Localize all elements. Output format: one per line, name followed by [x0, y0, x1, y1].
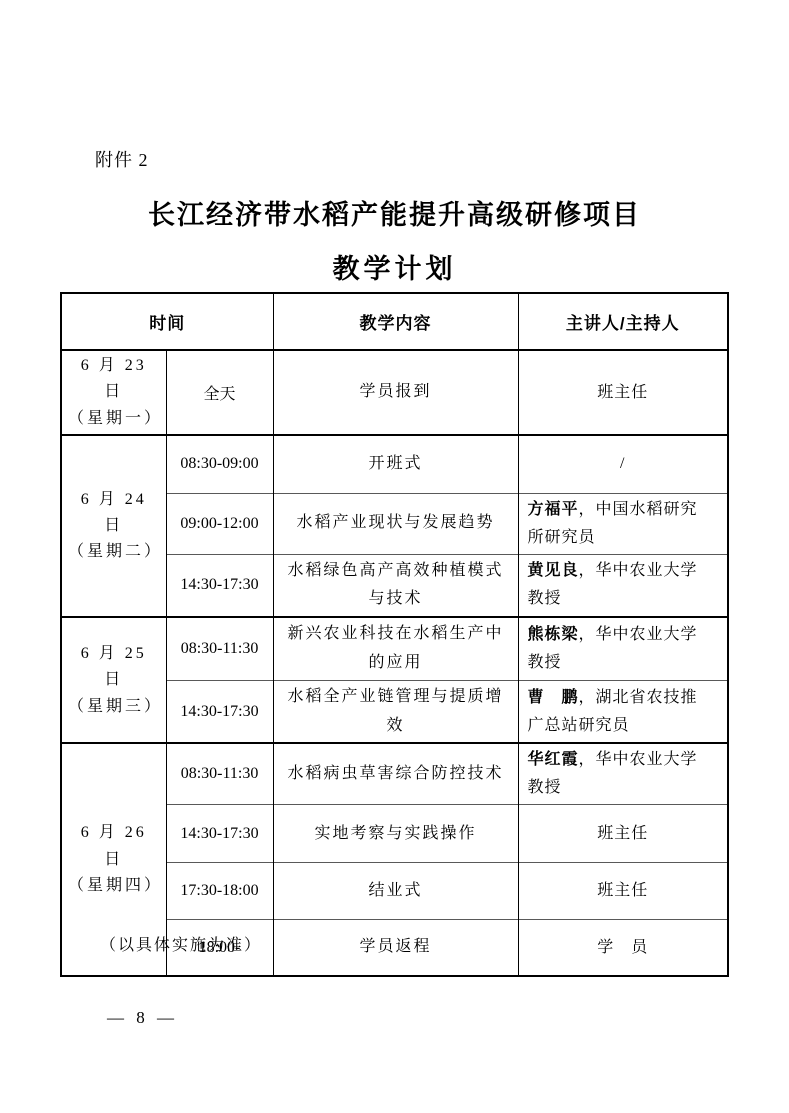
date-line2: （星期一） — [68, 406, 160, 432]
speaker-cell: 方福平，中国水稻研究 所研究员 — [518, 493, 728, 554]
content-cell: 新兴农业科技在水稻生产中 的应用 — [273, 617, 518, 680]
date-line2: （星期二） — [68, 539, 160, 565]
content-cell: 学员返程 — [273, 920, 518, 976]
content-cell: 开班式 — [273, 435, 518, 493]
time-cell: 14:30-17:30 — [166, 554, 273, 617]
time-cell: 08:30-09:00 — [166, 435, 273, 493]
time-cell: 09:00-12:00 — [166, 493, 273, 554]
speaker-cell: 熊栋梁，华中农业大学 教授 — [518, 617, 728, 680]
doc-title: 长江经济带水稻产能提升高级研修项目 — [0, 193, 789, 232]
schedule-table: 时间 教学内容 主讲人/主持人 6 月 23 日 （星期一） 全天 学员报到 班… — [60, 292, 729, 977]
speaker-name: 方福平 — [528, 501, 579, 518]
header-content: 教学内容 — [273, 293, 518, 350]
speaker-name: 曹 鹏 — [528, 689, 579, 706]
table-row: 6 月 24 日 （星期二） 08:30-09:00 开班式 / — [61, 435, 728, 493]
table-row: 6 月 26 日 （星期四） 08:30-11:30 水稻病虫草害综合防控技术 … — [61, 743, 728, 805]
time-cell: 14:30-17:30 — [166, 680, 273, 743]
speaker-name: 熊栋梁 — [528, 626, 579, 643]
date-line2: （星期三） — [68, 694, 160, 720]
content-cell: 水稻全产业链管理与提质增效 — [273, 680, 518, 743]
table-row: 6 月 23 日 （星期一） 全天 学员报到 班主任 — [61, 350, 728, 435]
content-cell: 实地考察与实践操作 — [273, 805, 518, 863]
speaker-cell: 班主任 — [518, 863, 728, 920]
speaker-cell: / — [518, 435, 728, 493]
attachment-label: 附件 2 — [95, 146, 149, 172]
date-line2: （星期四） — [68, 873, 160, 899]
time-cell: 08:30-11:30 — [166, 743, 273, 805]
speaker-cell: 班主任 — [518, 350, 728, 435]
date-line1: 6 月 24 日 — [68, 487, 160, 540]
speaker-name: 黄见良 — [528, 562, 579, 579]
speaker-cell: 黄见良，华中农业大学 教授 — [518, 554, 728, 617]
time-cell: 17:30-18:00 — [166, 863, 273, 920]
table-header-row: 时间 教学内容 主讲人/主持人 — [61, 293, 728, 350]
time-cell: 全天 — [166, 350, 273, 435]
table-row: 6 月 25 日 （星期三） 08:30-11:30 新兴农业科技在水稻生产中 … — [61, 617, 728, 680]
content-cell: 结业式 — [273, 863, 518, 920]
date-line1: 6 月 25 日 — [68, 641, 160, 694]
document-page: 附件 2 长江经济带水稻产能提升高级研修项目 教学计划 时间 教学内容 主讲人/… — [0, 0, 789, 1113]
header-time: 时间 — [61, 293, 273, 350]
content-cell: 水稻产业现状与发展趋势 — [273, 493, 518, 554]
date-cell: 6 月 23 日 （星期一） — [61, 350, 166, 435]
speaker-cell: 班主任 — [518, 805, 728, 863]
speaker-name: 华红霞 — [528, 751, 579, 768]
speaker-cell: 华红霞，华中农业大学 教授 — [518, 743, 728, 805]
date-cell: 6 月 24 日 （星期二） — [61, 435, 166, 617]
date-line1: 6 月 26 日 — [68, 820, 160, 873]
speaker-cell: 学 员 — [518, 920, 728, 976]
date-line1: 6 月 23 日 — [68, 353, 160, 406]
time-cell: 14:30-17:30 — [166, 805, 273, 863]
speaker-cell: 曹 鹏，湖北省农技推 广总站研究员 — [518, 680, 728, 743]
note: （以具体实施为准） — [100, 932, 262, 955]
content-cell: 水稻绿色高产高效种植模式 与技术 — [273, 554, 518, 617]
date-cell: 6 月 25 日 （星期三） — [61, 617, 166, 743]
page-number: — 8 — — [107, 1008, 178, 1028]
content-cell: 学员报到 — [273, 350, 518, 435]
header-speaker: 主讲人/主持人 — [518, 293, 728, 350]
content-cell: 水稻病虫草害综合防控技术 — [273, 743, 518, 805]
time-cell: 08:30-11:30 — [166, 617, 273, 680]
doc-subtitle: 教学计划 — [0, 247, 789, 286]
